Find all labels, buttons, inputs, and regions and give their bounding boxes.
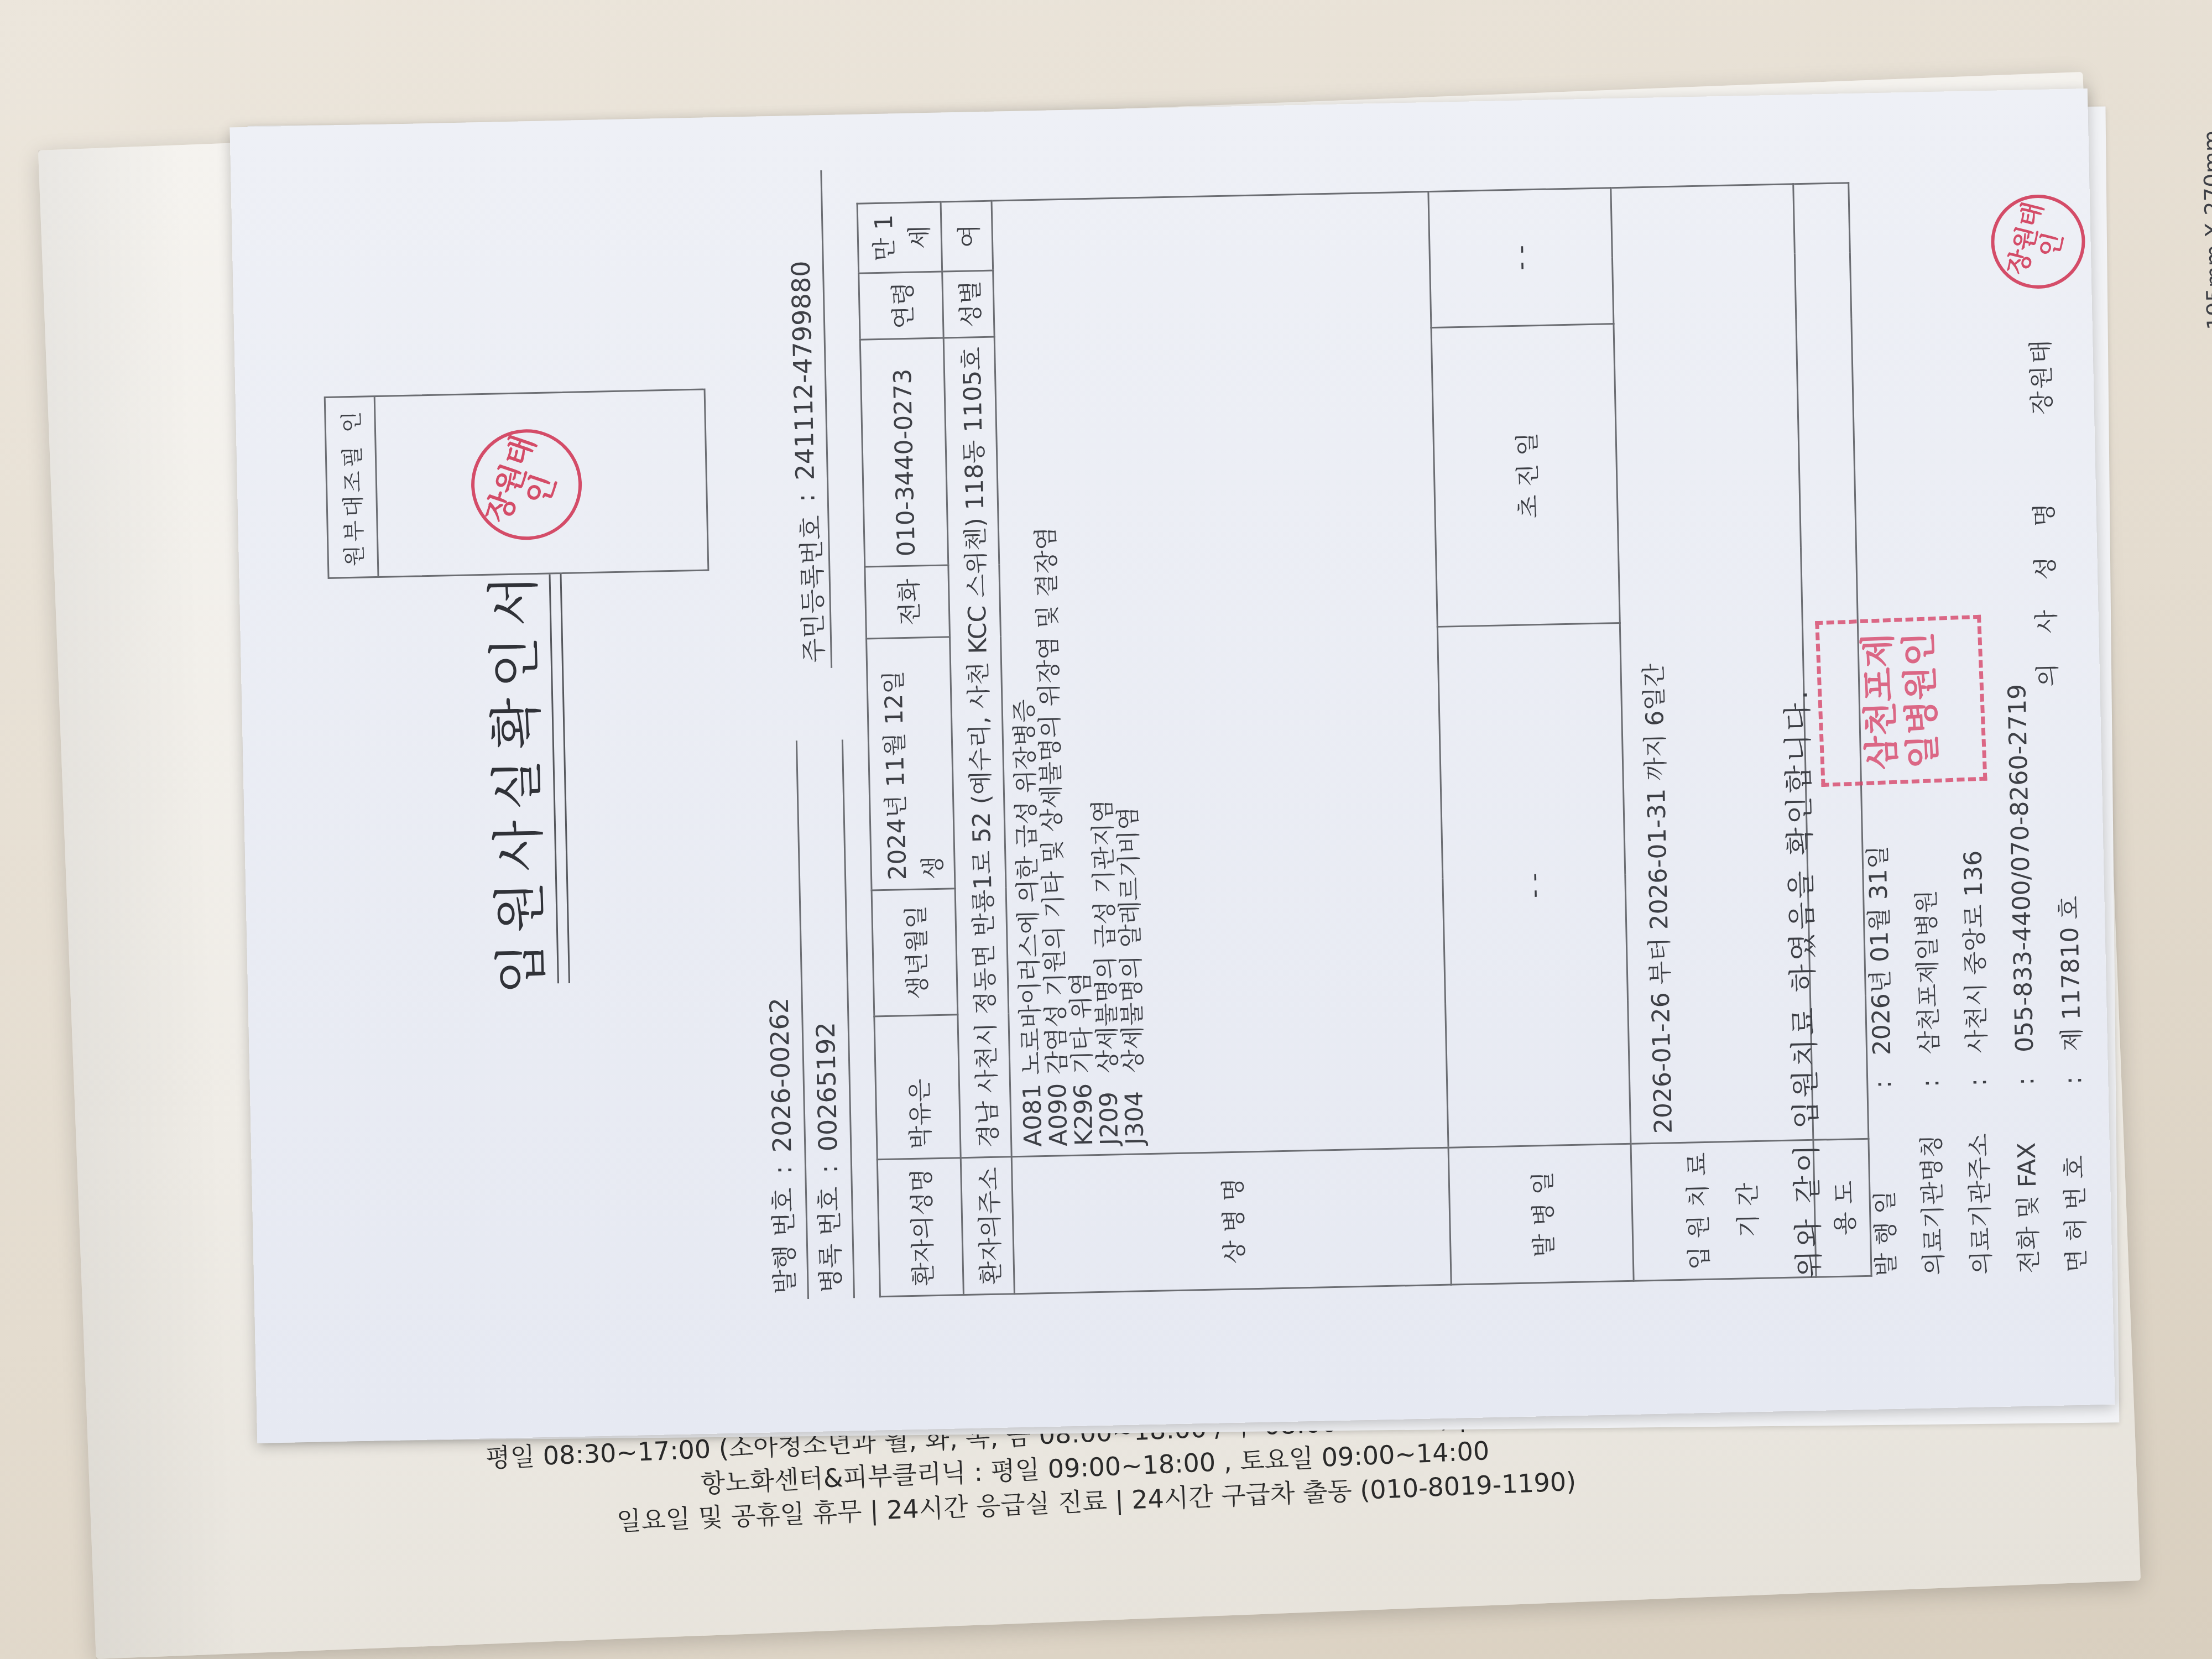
doctor-name-label: 의 사 성 명 [2024, 492, 2063, 687]
doctor-signature-stamp-icon: 장원태인 [1981, 185, 2095, 299]
first-visit-label: 초 진 일 [1431, 324, 1620, 627]
diagnosis-code: A090 [1045, 1074, 1072, 1146]
diagnosis-entries: A081노로바이러스에 의한 급성 위장병증A090감염성 기원의 기타 및 상… [1001, 207, 1148, 1147]
seal-box-label: 원부대조필 인 [326, 397, 379, 577]
patient-name-label: 환자의성명 [877, 1158, 963, 1297]
resident-number-label: 주민등록번호 [791, 515, 831, 663]
issuer-label: 발 행 일 [1860, 1088, 1911, 1277]
issue-number-label: 발행 번호 [761, 1187, 807, 1295]
sex-label: 성별 [942, 270, 994, 338]
diagnosis-name: 상세불명의 알레르기비염 [1114, 806, 1148, 1073]
admission-confirmation-page: 원부대조필 인 장원태인 입원사실확인서 발행 번호 : 2026-00262 … [229, 88, 2115, 1443]
chart-number: 00265192 [804, 1021, 851, 1152]
phone-label: 전화 [865, 565, 950, 639]
issuer-value: 055-833-4400/070-8260-2719 [1994, 684, 2049, 1053]
resident-number: 241112-4799880 [786, 260, 827, 481]
issuer-value: 2026년 01월 31일 [1854, 845, 1906, 1056]
colon: : [1859, 1055, 1907, 1089]
diagnosis-code: A081 [1020, 1074, 1047, 1147]
diagnosis-list: A081노로바이러스에 의한 급성 위장병증A090감염성 기원의 기타 및 상… [992, 192, 1448, 1157]
issuer-label: 전화 및 FAX [2002, 1085, 2053, 1274]
diagnosis-code: J209 [1096, 1073, 1123, 1146]
patient-name: 박유은 [874, 1014, 961, 1160]
paper-size-note: 195mm X 270mm [2199, 130, 2212, 330]
patient-phone: 010-3440-0273 [860, 338, 948, 567]
issuer-label: 의료기관명칭 [1907, 1087, 1958, 1276]
colon: : [1954, 1053, 2002, 1087]
colon: : [2049, 1051, 2097, 1085]
issuer-label: 면 허 번 호 [2049, 1084, 2101, 1273]
chart-number-label: 병록 번호 [807, 1186, 853, 1293]
diagnosis-label: 상 병 명 [1011, 1148, 1451, 1294]
diagnosis-row: 상 병 명 A081노로바이러스에 의한 급성 위장병증A090감염성 기원의 … [992, 192, 1451, 1294]
issuer-value: 제 117810 호 [2046, 895, 2096, 1052]
document-numbers: 발행 번호 : 2026-00262 병록 번호 : 00265192 [752, 739, 855, 1300]
birth-date: 2024년 11월 12일생 [867, 637, 955, 890]
doctor-signature-line: 의 사 성 명 장원태 [2021, 337, 2063, 687]
patient-sex: 여 [941, 201, 993, 272]
address-label: 환자의주소 [961, 1157, 1014, 1295]
issuer-value: 사천시 중앙로 136 [1950, 850, 2002, 1054]
patient-age: 만 1 세 [857, 202, 942, 273]
colon: : [1906, 1054, 1954, 1088]
diagnosis-code: J304 [1121, 1073, 1149, 1145]
colon: : [791, 493, 827, 503]
birth-label: 생년월일 [872, 889, 958, 1016]
colon: : [806, 1164, 851, 1173]
first-visit-value: - - [1428, 188, 1614, 328]
issuer-label: 의료기관주소 [1954, 1086, 2006, 1275]
document-title: 입원사실확인서 [462, 121, 565, 1438]
onset-label: 발 병 일 [1448, 1144, 1634, 1285]
resident-number-row: 주민등록번호 : 241112-4799880 [784, 170, 832, 669]
age-label: 연령 [859, 272, 943, 340]
title-underline-2 [560, 574, 570, 983]
resident-number-block: 주민등록번호 : 241112-4799880 [784, 170, 832, 669]
hospital-seal-stamp-icon: 삼천포제일병원인 [1815, 615, 1987, 787]
issuer-value: 삼천포제일병원 [1903, 889, 1954, 1055]
colon: : [2001, 1052, 2049, 1086]
envelope-flap [38, 145, 240, 1659]
onset-row: 발 병 일 - - 초 진 일 - - [1428, 188, 1634, 1285]
onset-value: - - [1437, 623, 1631, 1148]
doctor-name: 장원태 [2021, 337, 2058, 415]
document-sheet: 원부대조필 인 장원태인 입원사실확인서 발행 번호 : 2026-00262 … [229, 88, 2115, 1443]
patient-info-table: 환자의성명 박유은 생년월일 2024년 11월 12일생 전화 010-344… [857, 182, 1872, 1297]
issue-number: 2026-00262 [757, 997, 805, 1153]
diagnosis-code: K296 [1071, 1073, 1098, 1146]
colon: : [760, 1165, 805, 1175]
